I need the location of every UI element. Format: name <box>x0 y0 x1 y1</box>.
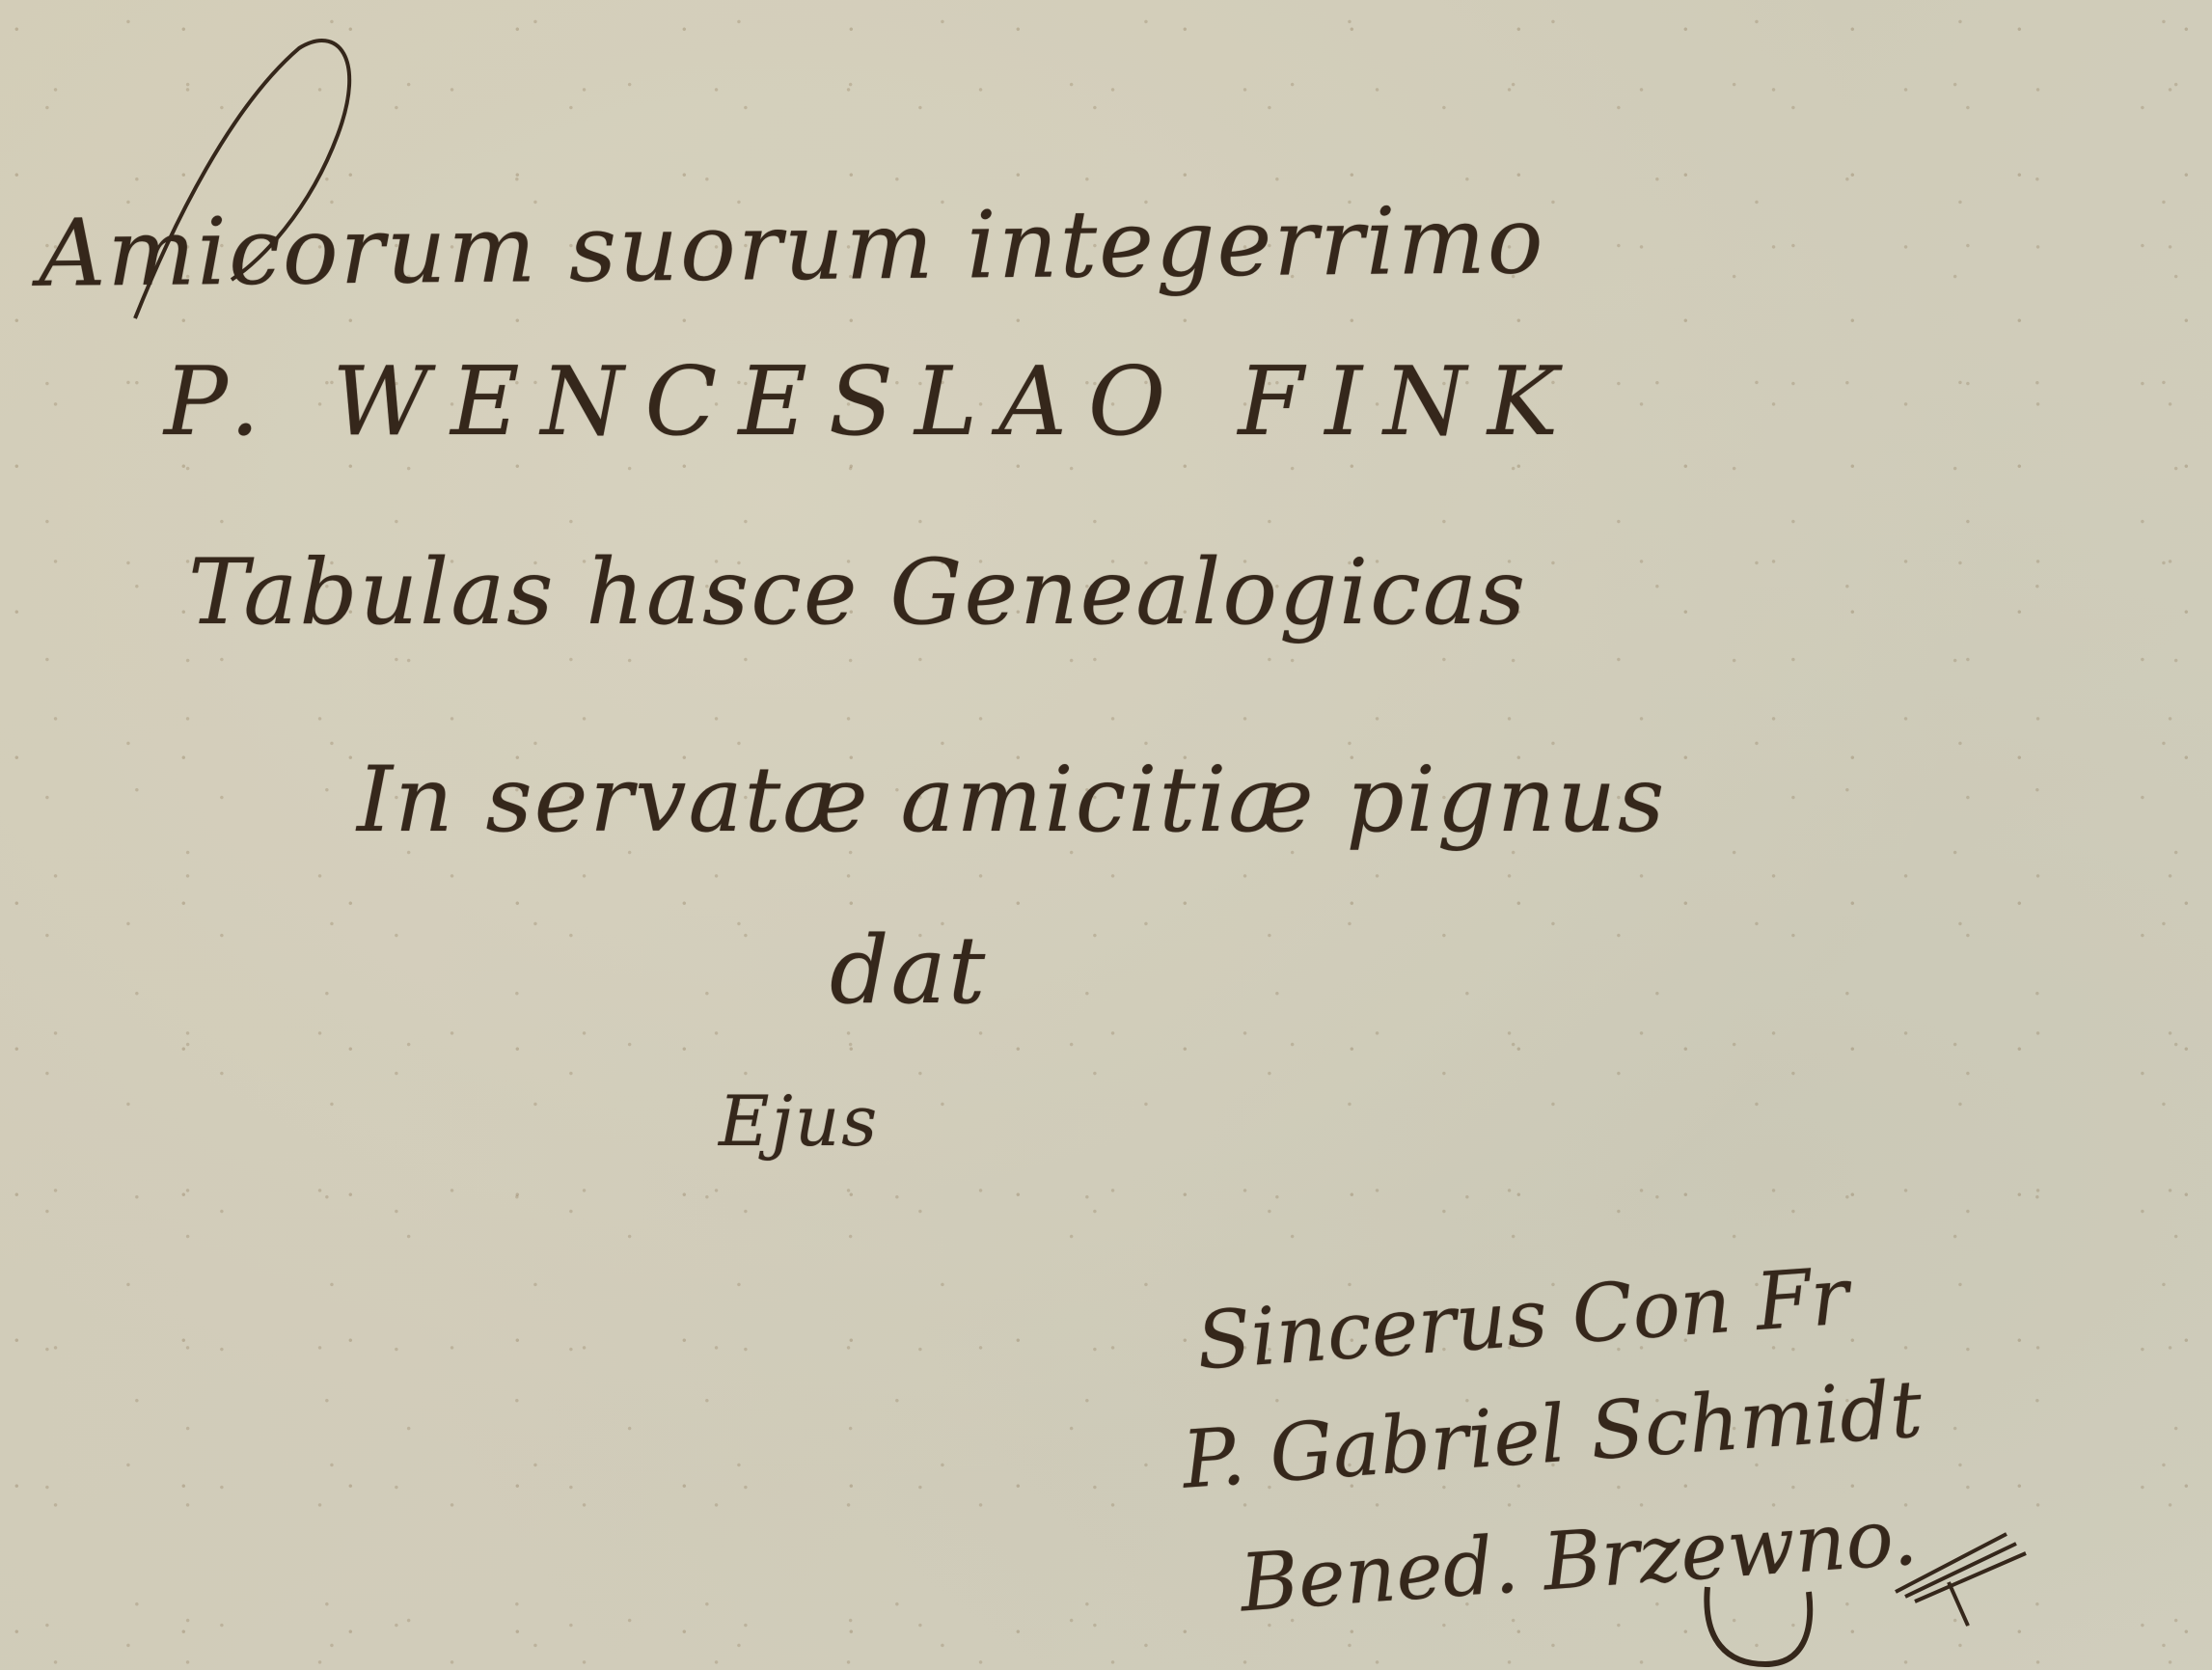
signature-line-3-place: Bened. Brzewno. <box>1238 1492 1921 1630</box>
dedication-line-2-recipient: P. WENCESLAO FINK <box>164 347 1579 457</box>
signature-line-1: Sincerus Con Fr <box>1194 1251 1852 1388</box>
dedication-line-3: Tabulas hasce Genealogicas <box>188 540 1527 645</box>
manuscript-page: Amicorum suorum integerrimo P. WENCESLAO… <box>0 0 2212 1670</box>
dedication-line-5: dat <box>830 917 987 1025</box>
dedication-line-6: Ejus <box>719 1081 879 1162</box>
dedication-line-1: Amicorum suorum integerrimo <box>39 186 1545 308</box>
signature-line-2-name: P. Gabriel Schmidt <box>1180 1363 1925 1506</box>
dedication-line-4: In servatæ amicitiæ pignus <box>357 748 1666 853</box>
